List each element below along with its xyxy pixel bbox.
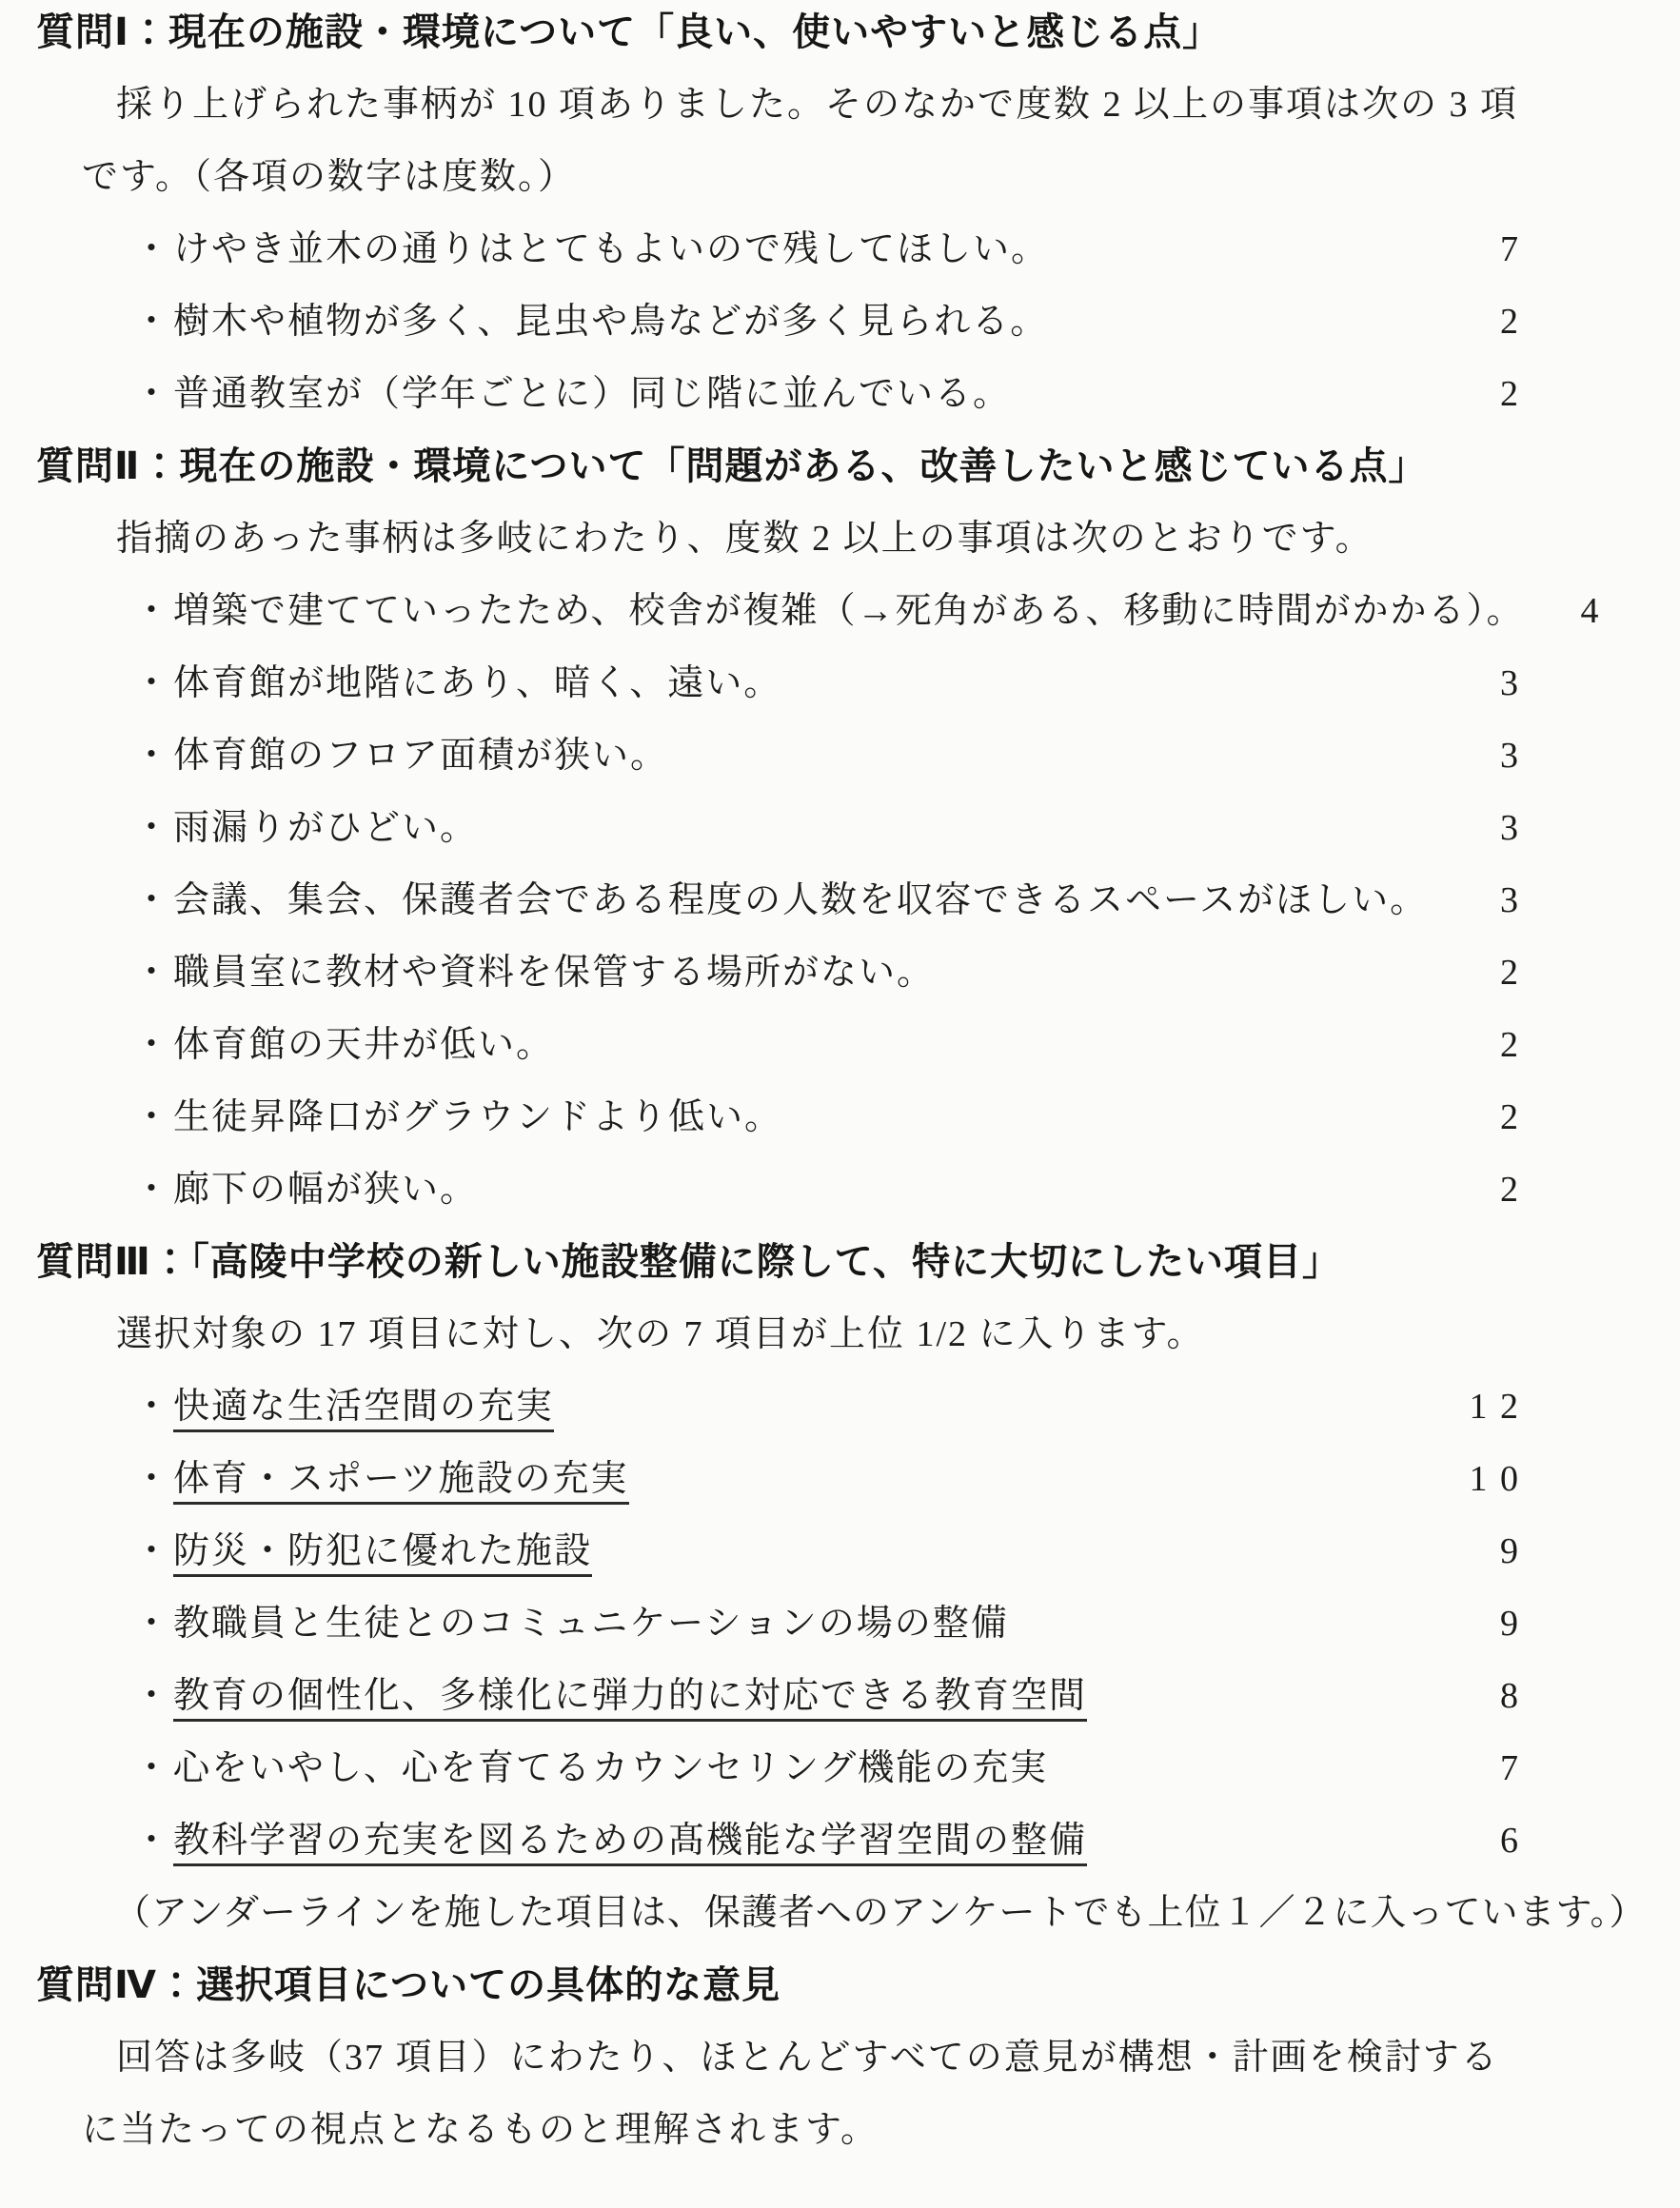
item-text: 体育・スポーツ施設の充実 [173, 1459, 628, 1505]
bullet-icon: ・ [133, 950, 171, 996]
survey-item-row: ・体育館のフロア面積が狭い。 3 [133, 733, 1520, 779]
item-count: 4 [1525, 588, 1601, 635]
bullet-icon: ・ [133, 733, 171, 779]
section-1-heading: 質問Ⅰ：現在の施設・環境について「良い、使いやすいと感じる点」 [36, 10, 1680, 56]
bullet-icon: ・ [133, 371, 171, 418]
item-text: 職員室に教材や資料を保管する場所がない。 [173, 953, 935, 993]
item-count: 7 [1444, 227, 1520, 273]
bullet-icon: ・ [133, 660, 171, 707]
bullet-icon: ・ [133, 1528, 171, 1575]
survey-item-row: ・けやき並木の通りはとてもよいので残してほしい。 7 [133, 227, 1520, 273]
item-count: 7 [1444, 1745, 1520, 1792]
item-text: 教育の個性化、多様化に弾力的に対応できる教育空間 [173, 1676, 1087, 1722]
section-1-intro-line-2: です。（各項の数字は度数。） [82, 154, 1680, 201]
item-count: 3 [1444, 877, 1520, 924]
scanned-survey-page: 質問Ⅰ：現在の施設・環境について「良い、使いやすいと感じる点」 採り上げられた事… [0, 0, 1680, 2154]
item-text: 体育館が地階にあり、暗く、遠い。 [173, 663, 781, 703]
section-2-intro-line-1: 指摘のあった事柄は多岐にわたり、度数 2 以上の事項は次のとおりです。 [116, 516, 1680, 562]
item-text: 快適な生活空間の充実 [173, 1387, 554, 1432]
survey-item-row: ・体育館の天井が低い。 2 [133, 1022, 1520, 1069]
survey-item-row: ・増築で建てていったため、校舎が複雑（→死角がある、移動に時間がかかる）。 4 [133, 588, 1520, 635]
bullet-icon: ・ [133, 1456, 171, 1503]
bullet-icon: ・ [133, 1818, 171, 1864]
item-count: 2 [1444, 299, 1520, 345]
item-text: 教科学習の充実を図るための髙機能な学習空間の整備 [173, 1821, 1087, 1866]
bullet-icon: ・ [133, 1745, 171, 1792]
item-count: 9 [1444, 1601, 1520, 1647]
item-text: 生徒昇降口がグラウンドより低い。 [173, 1097, 782, 1137]
section-3-heading: 質問Ⅲ：「高陵中学校の新しい施設整備に際して、特に大切にしたい項目」 [36, 1239, 1680, 1286]
section-4-intro-line-2: に当たっての視点となるものと理解されます。 [82, 2107, 1680, 2154]
item-count: 8 [1444, 1673, 1520, 1720]
survey-item-row: ・職員室に教材や資料を保管する場所がない。 2 [133, 950, 1520, 996]
survey-item-row: ・心をいやし、心を育てるカウンセリング機能の充実 7 [133, 1745, 1520, 1792]
bullet-icon: ・ [133, 1094, 171, 1141]
survey-item-row: ・教育の個性化、多様化に弾力的に対応できる教育空間 8 [133, 1673, 1520, 1720]
item-text: 体育館の天井が低い。 [173, 1025, 554, 1065]
bullet-icon: ・ [133, 1673, 171, 1720]
survey-item-row: ・防災・防犯に優れた施設 9 [133, 1528, 1520, 1575]
item-count: 1 0 [1444, 1456, 1520, 1503]
underline-note: （アンダーラインを施した項目は、保護者へのアンケートでも上位１／２に入っています… [114, 1890, 1680, 1937]
item-count: 3 [1444, 805, 1520, 852]
item-count: 2 [1444, 1022, 1520, 1069]
item-count: 9 [1444, 1528, 1520, 1575]
survey-item-row: ・樹木や植物が多く、昆虫や鳥などが多く見られる。 2 [133, 299, 1520, 345]
section-2-heading: 質問Ⅱ：現在の施設・環境について「問題がある、改善したいと感じている点」 [36, 444, 1680, 490]
survey-item-row: ・廊下の幅が狭い。 2 [133, 1167, 1520, 1213]
item-text: 増築で建てていったため、校舎が複雑（→死角がある、移動に時間がかかる）。 [173, 591, 1524, 631]
bullet-icon: ・ [133, 1601, 171, 1647]
survey-item-row: ・普通教室が（学年ごとに）同じ階に並んでいる。 2 [133, 371, 1520, 418]
item-text: 普通教室が（学年ごとに）同じ階に並んでいる。 [173, 374, 1011, 414]
item-text: 教職員と生徒とのコミュニケーションの場の整備 [173, 1604, 1009, 1644]
item-text: 体育館のフロア面積が狭い。 [173, 736, 668, 776]
item-text: 雨漏りがひどい。 [173, 808, 478, 848]
bullet-icon: ・ [133, 299, 171, 345]
survey-item-row: ・教職員と生徒とのコミュニケーションの場の整備 9 [133, 1601, 1520, 1647]
section-1-intro-line-1: 採り上げられた事柄が 10 項ありました。そのなかで度数 2 以上の事項は次の … [116, 82, 1680, 128]
item-count: 3 [1444, 660, 1520, 707]
survey-item-row: ・生徒昇降口がグラウンドより低い。 2 [133, 1094, 1520, 1141]
section-4-heading: 質問Ⅳ：選択項目についての具体的な意見 [36, 1962, 1680, 2009]
section-3-intro-line-1: 選択対象の 17 項目に対し、次の 7 項目が上位 1/2 に入ります。 [116, 1311, 1680, 1358]
bullet-icon: ・ [133, 227, 171, 273]
survey-item-row: ・体育・スポーツ施設の充実 1 0 [133, 1456, 1520, 1503]
item-count: 3 [1444, 733, 1520, 779]
item-count: 2 [1444, 371, 1520, 418]
item-count: 2 [1444, 1094, 1520, 1141]
survey-item-row: ・会議、集会、保護者会である程度の人数を収容できるスペースがほしい。 3 [133, 877, 1520, 924]
bullet-icon: ・ [133, 877, 171, 924]
bullet-icon: ・ [133, 805, 171, 852]
item-text: 廊下の幅が狭い。 [173, 1170, 478, 1210]
bullet-icon: ・ [133, 1384, 171, 1430]
bullet-icon: ・ [133, 1022, 171, 1069]
item-text: 心をいやし、心を育てるカウンセリング機能の充実 [173, 1748, 1048, 1788]
survey-item-row: ・体育館が地階にあり、暗く、遠い。 3 [133, 660, 1520, 707]
item-count: 2 [1444, 950, 1520, 996]
item-text: けやき並木の通りはとてもよいので残してほしい。 [173, 229, 1049, 269]
survey-item-row: ・雨漏りがひどい。 3 [133, 805, 1520, 852]
item-text: 防災・防犯に優れた施設 [173, 1531, 592, 1577]
bullet-icon: ・ [133, 1167, 171, 1213]
item-text: 樹木や植物が多く、昆虫や鳥などが多く見られる。 [173, 302, 1048, 342]
item-count: 1 2 [1444, 1384, 1520, 1430]
survey-item-row: ・教科学習の充実を図るための髙機能な学習空間の整備 6 [133, 1818, 1520, 1864]
survey-item-row: ・快適な生活空間の充実 1 2 [133, 1384, 1520, 1430]
item-count: 6 [1444, 1818, 1520, 1864]
item-text: 会議、集会、保護者会である程度の人数を収容できるスペースがほしい。 [173, 880, 1428, 920]
section-4-intro-line-1: 回答は多岐（37 項目）にわたり、ほとんどすべての意見が構想・計画を検討する [116, 2035, 1680, 2081]
bullet-icon: ・ [133, 588, 171, 635]
item-count: 2 [1444, 1167, 1520, 1213]
